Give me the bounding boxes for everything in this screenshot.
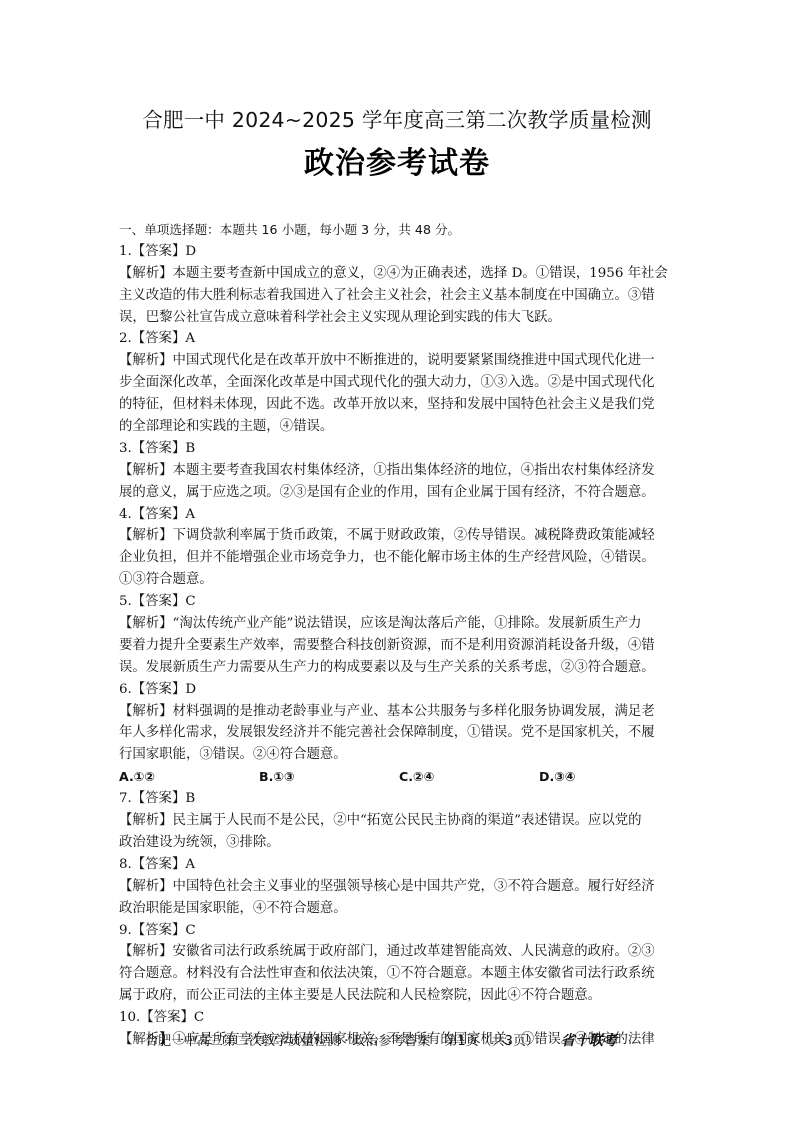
option-d: D.③④	[539, 766, 679, 788]
page-footer: 合肥一中高三第二次教学质量检测 · 政治参考答案第1页（共3页）省十联考	[145, 1030, 617, 1050]
answer-line: 年人多样化需求，发展银发经济并不能完善社会保障制度，①错误。党不是国家机关，不履	[119, 722, 679, 744]
answer-line: 【解析】中国式现代化是在改革开放中不断推进的，说明要紧紧围绕推进中国式现代化进一	[119, 350, 679, 372]
exam-logo: 省十联考	[561, 1033, 617, 1049]
answer-line: 【解析】安徽省司法行政系统属于政府部门，通过改革建智能高效、人民满意的政府。②③	[119, 941, 679, 963]
document-title: 合肥一中 2024~2025 学年度高三第二次教学质量检测	[0, 103, 794, 133]
option-c: C.②④	[399, 766, 539, 788]
answer-line: 【解析】材料强调的是推动老龄事业与产业、基本公共服务与多样化服务协调发展，满足老	[119, 701, 679, 723]
document-subtitle: 政治参考试卷	[0, 138, 794, 182]
answer-line: 【解析】中国特色社会主义事业的坚强领导核心是中国共产党，③不符合题意。履行好经济	[119, 876, 679, 898]
answer-line: 企业负担，但并不能增强企业市场竞争力，也不能化解市场主体的生产经营风险，④错误。	[119, 547, 679, 569]
option-b: B.①③	[259, 766, 399, 788]
answer-line: 误。发展新质生产力需要从生产力的构成要素以及与生产关系的关系考虑，②③符合题意。	[119, 657, 679, 679]
answer-line: 10.【答案】C	[119, 1007, 679, 1029]
choice-options: A.①② B.①③ C.②④ D.③④	[119, 766, 679, 788]
footer-text: 合肥一中高三第二次教学质量检测 · 政治参考答案	[145, 1034, 430, 1049]
answer-line: ①③符合题意。	[119, 569, 679, 591]
answer-line: 的特征，但材料未体现，因此不选。改革开放以来，坚持和发展中国特色社会主义是我们党	[119, 394, 679, 416]
answer-line: 政治职能是国家职能，④不符合题意。	[119, 898, 679, 920]
answer-line: 6.【答案】D	[119, 679, 679, 701]
answer-line: 8.【答案】A	[119, 854, 679, 876]
answer-line: 主义改造的伟大胜利标志着我国进入了社会主义社会，社会主义基本制度在中国确立。③错	[119, 285, 679, 307]
page-number: 第1页（共3页）	[444, 1034, 539, 1049]
option-a: A.①②	[119, 766, 259, 788]
answer-line: 【解析】下调贷款利率属于货币政策，不属于财政政策，②传导错误。减税降费政策能减轻	[119, 525, 679, 547]
answer-content: 一、单项选择题：本题共 16 小题，每小题 3 分，共 48 分。 1.【答案】…	[119, 219, 679, 1051]
answer-line: 5.【答案】C	[119, 591, 679, 613]
section-heading: 一、单项选择题：本题共 16 小题，每小题 3 分，共 48 分。	[119, 219, 679, 241]
answer-line: 要着力提升全要素生产效率，需要整合科技创新资源，而不是利用资源消耗设备升级，④错	[119, 635, 679, 657]
answer-line: 属于政府，而公正司法的主体主要是人民法院和人民检察院，因此④不符合题意。	[119, 985, 679, 1007]
answer-line: 2.【答案】A	[119, 328, 679, 350]
answer-line: 行国家职能，③错误。②④符合题意。	[119, 744, 679, 766]
answer-line: 的全部理论和实践的主题，④错误。	[119, 416, 679, 438]
answer-line: 9.【答案】C	[119, 920, 679, 942]
answer-line: 误，巴黎公社宣告成立意味着科学社会主义实现从理论到实践的伟大飞跃。	[119, 307, 679, 329]
answer-line: 7.【答案】B	[119, 788, 679, 810]
answer-line: 符合题意。材料没有合法性审查和依法决策，①不符合题意。本题主体安徽省司法行政系统	[119, 963, 679, 985]
answer-line: 【解析】民主属于人民而不是公民，②中“拓宽公民民主协商的渠道”表述错误。应以党的	[119, 810, 679, 832]
answer-line: 1.【答案】D	[119, 241, 679, 263]
answer-line: 步全面深化改革，全面深化改革是中国式现代化的强大动力，①③入选。②是中国式现代化	[119, 372, 679, 394]
answer-line: 4.【答案】A	[119, 504, 679, 526]
answer-line: 【解析】本题主要考查我国农村集体经济，①指出集体经济的地位，④指出农村集体经济发	[119, 460, 679, 482]
answer-line: 【解析】本题主要考查新中国成立的意义，②④为正确表述，选择 D。①错误，1956…	[119, 263, 679, 285]
answer-line: 政治建设为统领，③排除。	[119, 832, 679, 854]
answer-line: 3.【答案】B	[119, 438, 679, 460]
answer-line: 【解析】“淘汰传统产业产能”说法错误，应该是淘汰落后产能，①排除。发展新质生产力	[119, 613, 679, 635]
answer-line: 展的意义，属于应选之项。②③是国有企业的作用，国有企业属于国有经济，不符合题意。	[119, 482, 679, 504]
